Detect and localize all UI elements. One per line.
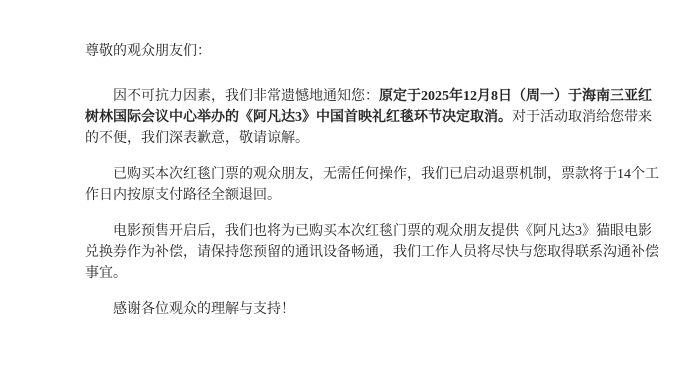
body-text: 对于活动取消给您带来 (512, 110, 652, 125)
body-text: 兑换券作为补偿，请保持您预留的通讯设备畅通，我们工作人员将尽快与您取得联系沟通补… (85, 245, 659, 260)
paragraph-line: 兑换券作为补偿，请保持您预留的通讯设备畅通，我们工作人员将尽快与您取得联系沟通补… (85, 242, 620, 263)
body-text: 电影预售开启后，我们也将为已购买本次红毯门票的观众朋友提供《阿凡达3》猫眼电影 (113, 224, 652, 239)
paragraph-line: 作日内按原支付路径全额退回。 (85, 185, 620, 206)
bold-text: 树林国际会议中心举办的《阿凡达3》中国首映礼红毯环节决定取消。 (85, 110, 512, 125)
notice-paragraph: 感谢各位观众的理解与支持！ (85, 299, 620, 320)
body-text: 已购买本次红毯门票的观众朋友，无需任何操作，我们已启动退票机制，票款将于14个工 (113, 167, 659, 182)
paragraph-line: 事宜。 (85, 263, 620, 284)
notice-paragraph: 已购买本次红毯门票的观众朋友，无需任何操作，我们已启动退票机制，票款将于14个工… (85, 164, 620, 206)
notice-page: 尊敬的观众朋友们： 因不可抗力因素，我们非常遗憾地通知您：原定于2025年12月… (0, 0, 690, 389)
body-text: 作日内按原支付路径全额退回。 (85, 188, 281, 203)
bold-text: 原定于2025年12月8日（周一）于海南三亚红 (379, 89, 652, 104)
paragraph-line: 感谢各位观众的理解与支持！ (85, 299, 620, 320)
paragraph-line: 树林国际会议中心举办的《阿凡达3》中国首映礼红毯环节决定取消。对于活动取消给您带… (85, 107, 620, 128)
body-text: 感谢各位观众的理解与支持！ (113, 302, 295, 317)
body-text: 事宜。 (85, 266, 127, 281)
notice-document: 尊敬的观众朋友们： 因不可抗力因素，我们非常遗憾地通知您：原定于2025年12月… (85, 41, 620, 320)
paragraph-line: 因不可抗力因素，我们非常遗憾地通知您：原定于2025年12月8日（周一）于海南三… (85, 86, 620, 107)
paragraph-line: 的不便，我们深表歉意，敬请谅解。 (85, 128, 620, 149)
body-text: 因不可抗力因素，我们非常遗憾地通知您： (113, 89, 379, 104)
paragraph-line: 已购买本次红毯门票的观众朋友，无需任何操作，我们已启动退票机制，票款将于14个工 (85, 164, 620, 185)
notice-paragraphs: 因不可抗力因素，我们非常遗憾地通知您：原定于2025年12月8日（周一）于海南三… (85, 86, 620, 320)
notice-paragraph: 电影预售开启后，我们也将为已购买本次红毯门票的观众朋友提供《阿凡达3》猫眼电影兑… (85, 221, 620, 284)
paragraph-line: 电影预售开启后，我们也将为已购买本次红毯门票的观众朋友提供《阿凡达3》猫眼电影 (85, 221, 620, 242)
notice-greeting: 尊敬的观众朋友们： (85, 41, 620, 62)
body-text: 的不便，我们深表歉意，敬请谅解。 (85, 131, 309, 146)
notice-paragraph: 因不可抗力因素，我们非常遗憾地通知您：原定于2025年12月8日（周一）于海南三… (85, 86, 620, 149)
